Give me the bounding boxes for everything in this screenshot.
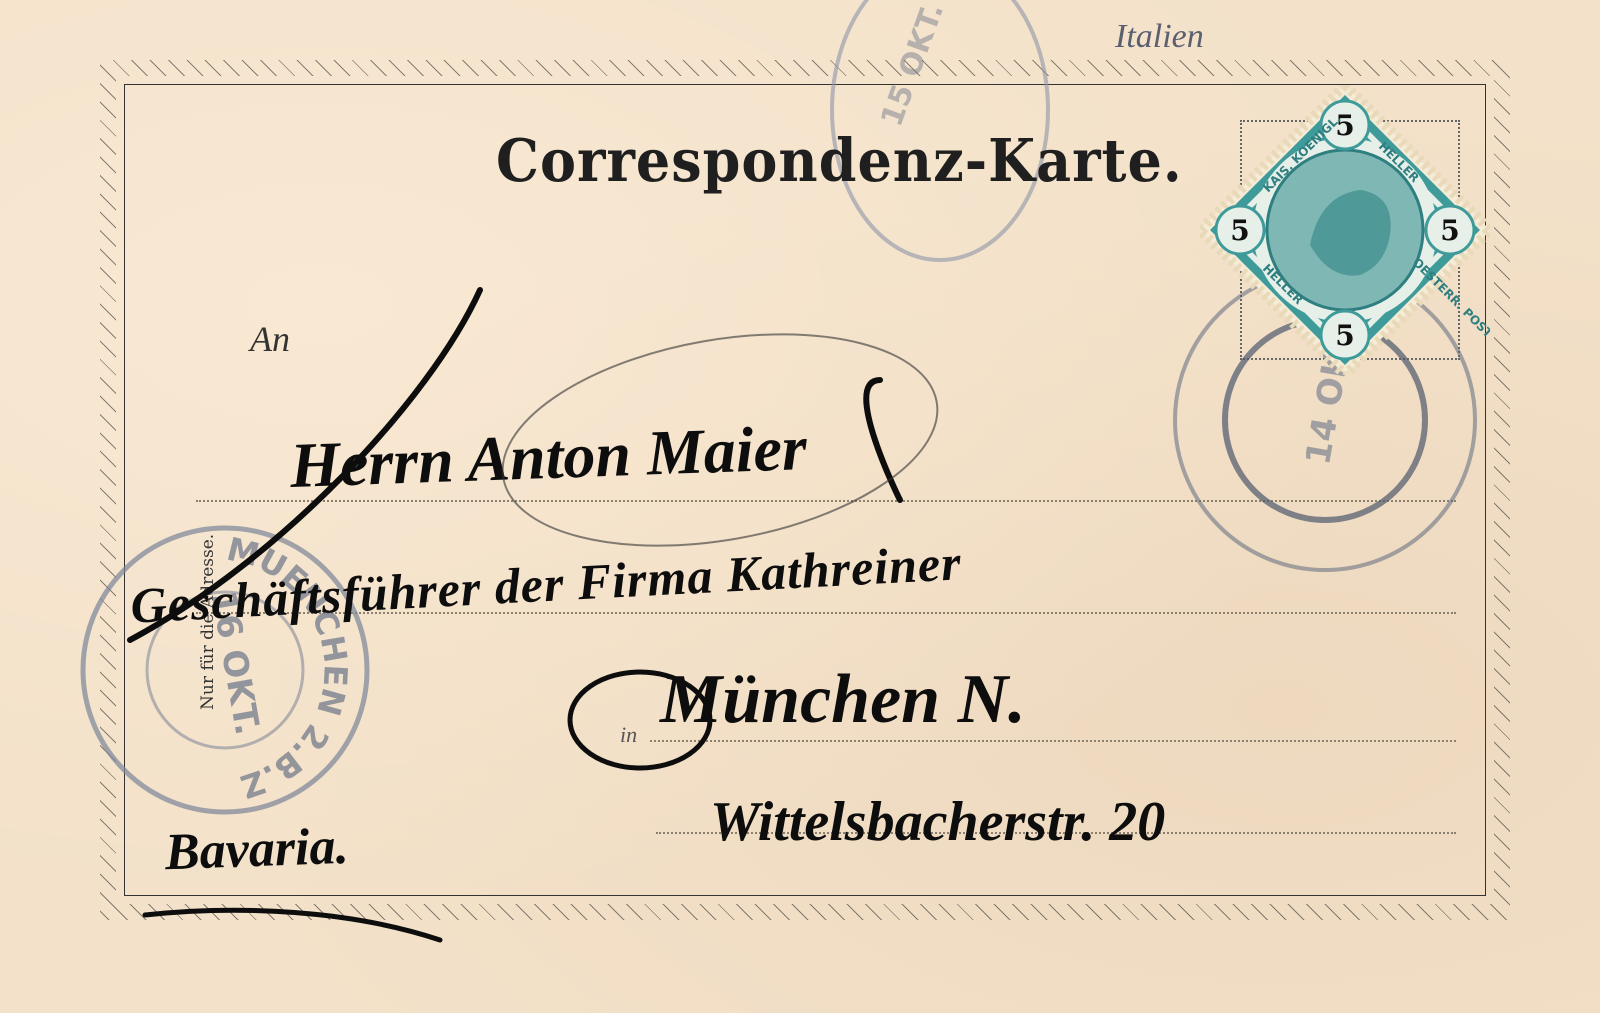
handwriting-flourishes xyxy=(0,0,1600,1013)
